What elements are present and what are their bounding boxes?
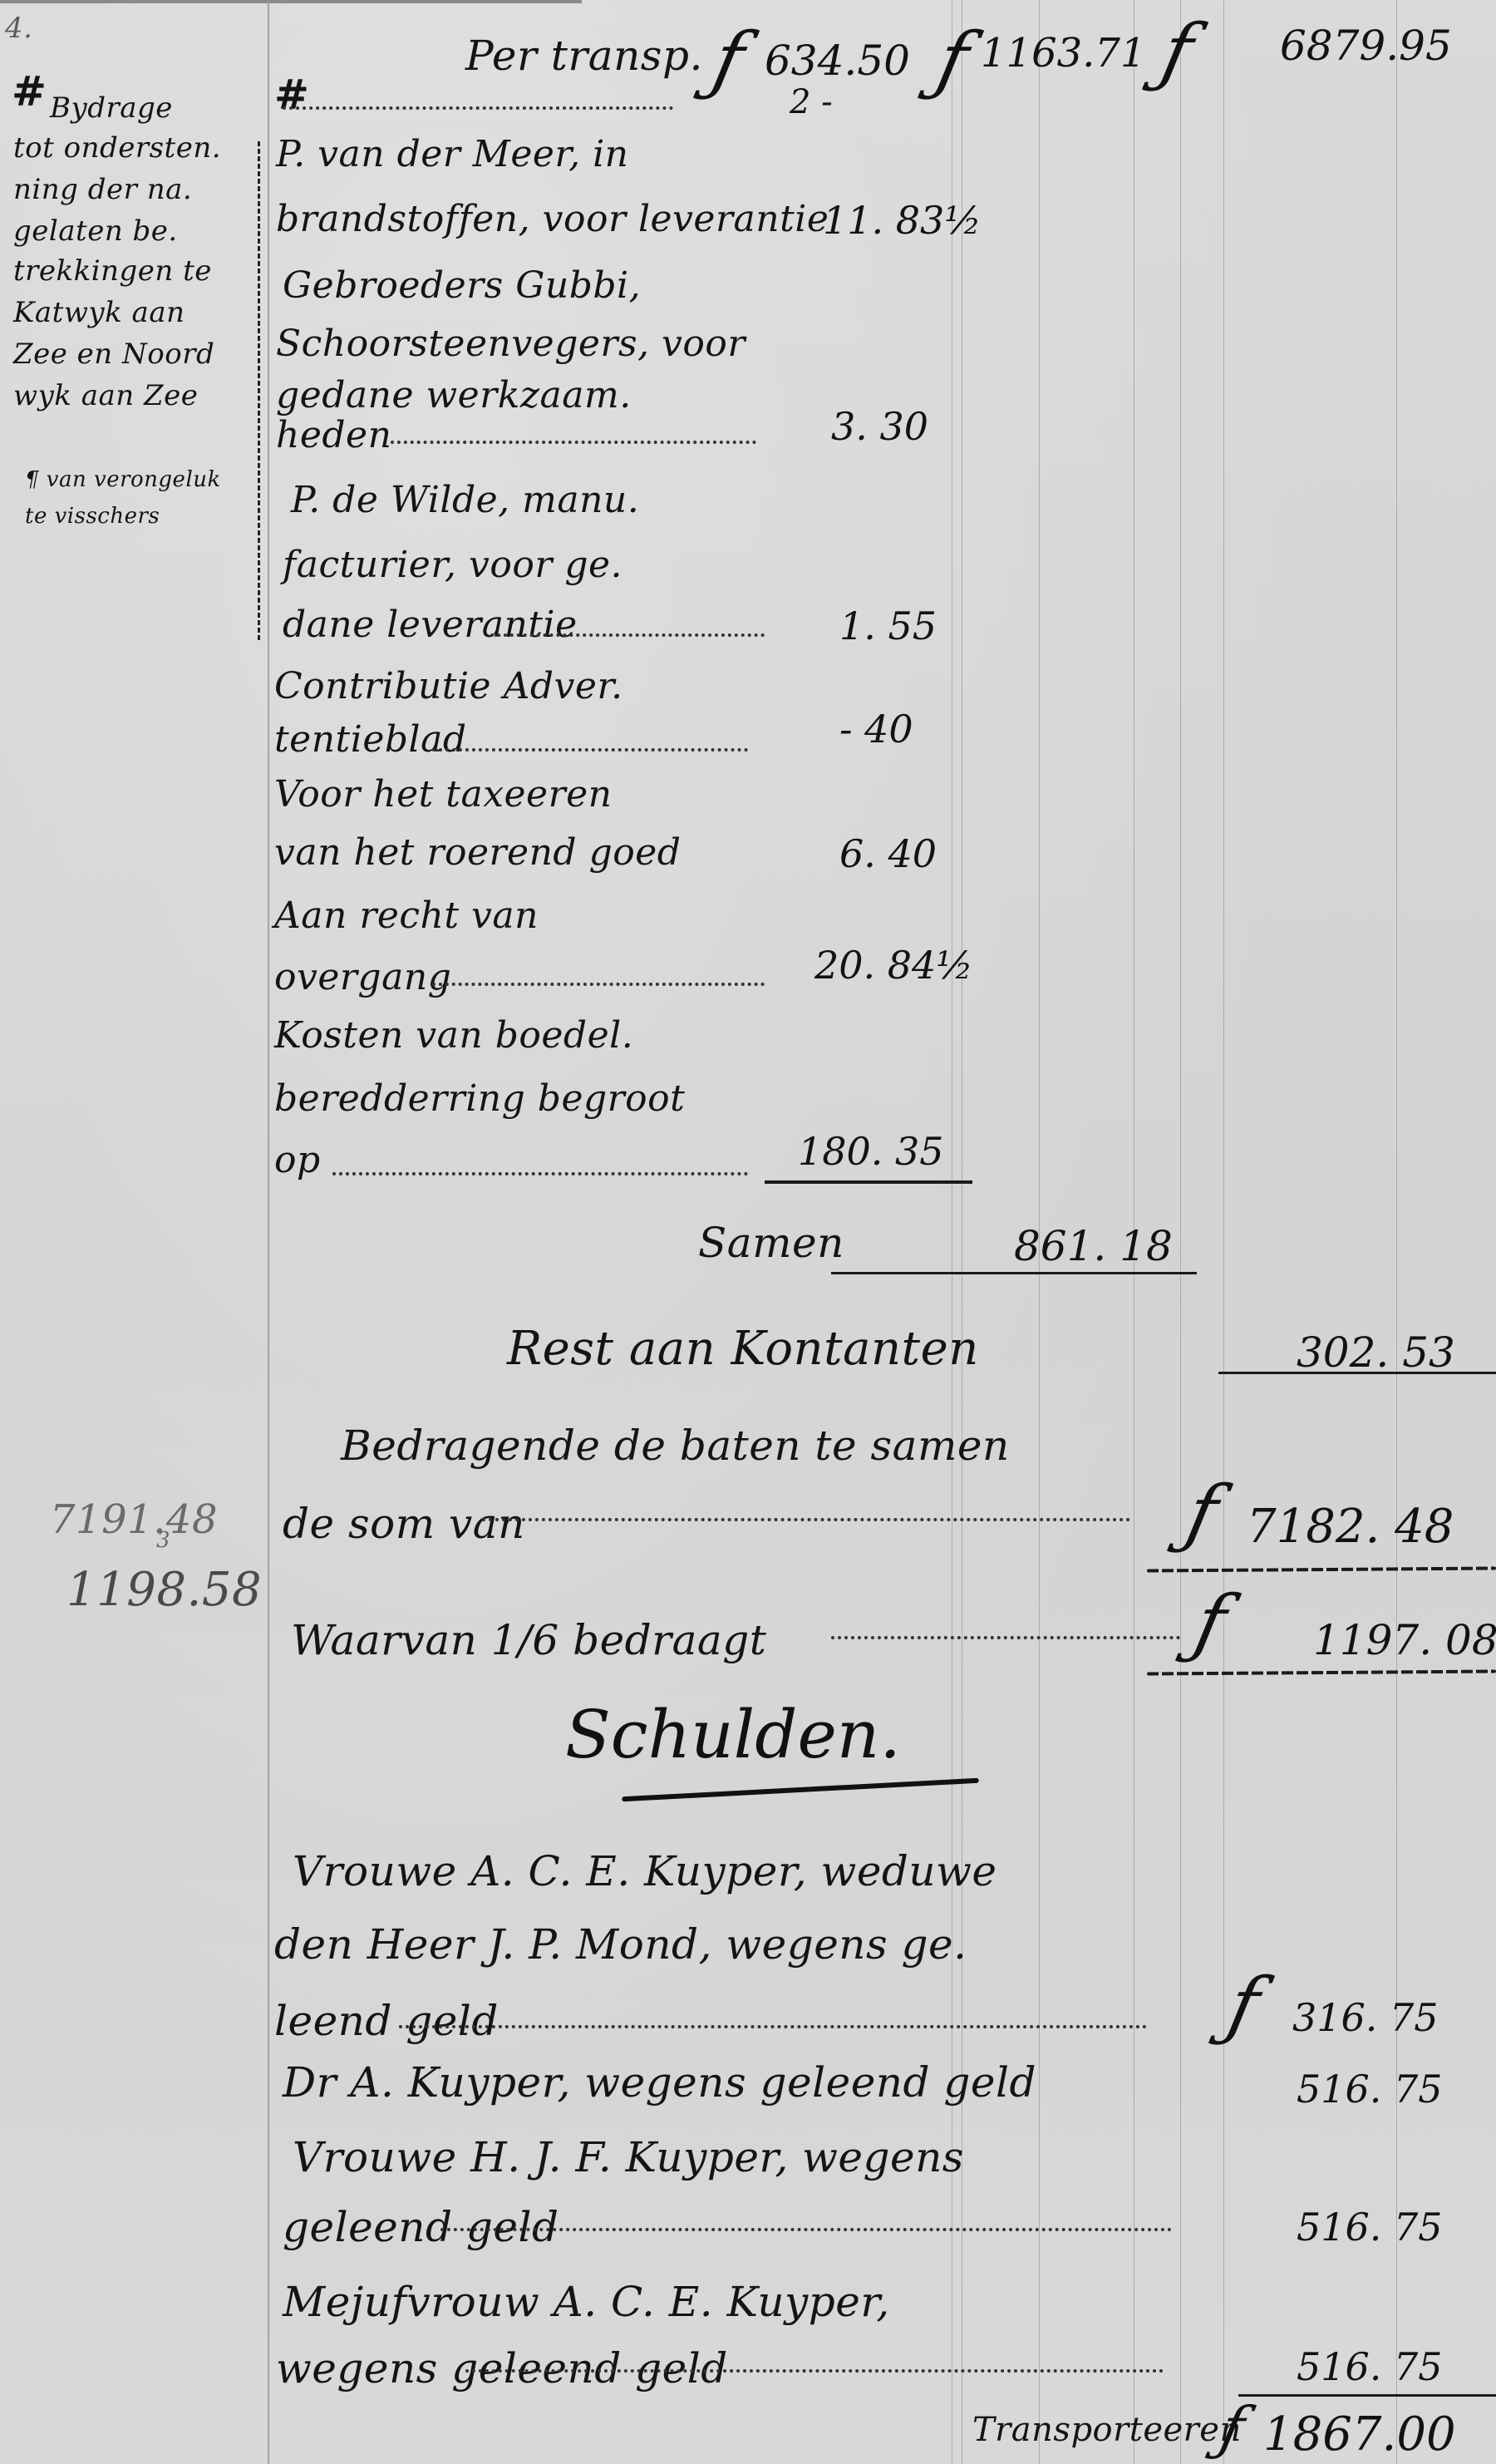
leader-dots: [283, 106, 673, 110]
pencil-calc-line: 7191.48: [50, 1496, 218, 1543]
margin-note-line: gelaten be.: [13, 214, 178, 248]
bedragende-line: de som van: [283, 1500, 525, 1548]
samen-label: Samen: [698, 1219, 844, 1267]
transport-label-bottom: Transporteeren: [972, 2411, 1242, 2449]
expense-line: brandstoffen, voor leverantie: [276, 198, 829, 240]
debt-line: geleend geld: [283, 2203, 559, 2251]
expense-line: facturier, voor ge.: [283, 544, 623, 586]
pencil-calc-super: 3: [156, 1528, 170, 1553]
margin-footnote-line: te visschers: [25, 504, 160, 529]
transport-amount: 634.50: [765, 37, 910, 85]
rest-underline: [1218, 1372, 1496, 1374]
expense-line: P. van der Meer, in: [276, 133, 629, 175]
expense-amount: 3. 30: [831, 404, 928, 449]
debt-amount: 316. 75: [1292, 1995, 1439, 2040]
expense-line: Gebroeders Gubbi,: [283, 264, 641, 307]
samen-amount: 861. 18: [1014, 1222, 1173, 1270]
debt-line: Dr A. Kuyper, wegens geleend geld: [283, 2058, 1036, 2107]
rest-amount: 302. 53: [1297, 1328, 1455, 1377]
leader-dots: [432, 748, 748, 752]
waarvan-underline: [1147, 1670, 1496, 1676]
debt-line: Mejufvrouw A. C. E. Kuyper,: [283, 2278, 890, 2326]
expense-amount: - 40: [839, 707, 913, 752]
expense-line: dane leverantie: [283, 604, 578, 646]
expense-line: Voor het taxeeren: [274, 773, 613, 816]
expense-line: Kosten van boedel.: [274, 1014, 633, 1057]
expense-line: beredderring begroot: [274, 1077, 685, 1120]
transport-amount-bottom: 1867.00: [1263, 2407, 1456, 2462]
margin-rule: [268, 0, 269, 2464]
leader-dots: [490, 633, 765, 637]
expense-line: Schoorsteenvegers, voor: [276, 323, 746, 365]
expense-line: P. de Wilde, manu.: [291, 479, 639, 521]
florin-icon: ƒ: [706, 17, 752, 104]
debt-line: leend geld: [274, 1997, 499, 2045]
expense-line: van het roerend goed: [274, 831, 681, 874]
leader-dots: [391, 441, 756, 444]
expense-line: overgang: [274, 956, 451, 998]
margin-note-line: Bydrage: [50, 91, 173, 125]
debt-line: Vrouwe A. C. E. Kuyper, weduwe: [293, 1847, 997, 1895]
margin-note-line: ning der na.: [13, 173, 192, 206]
schulden-heading: Schulden.: [565, 1696, 901, 1773]
margin-note-line: wyk aan Zee: [13, 379, 198, 412]
debt-line: Vrouwe H. J. F. Kuyper, wegens: [293, 2133, 964, 2181]
bedragende-underline: [1147, 1567, 1496, 1573]
expense-line: op: [274, 1139, 321, 1181]
margin-bracket: [251, 141, 260, 640]
subtotal-underline: [765, 1180, 972, 1184]
transport-amount: 6879.95: [1280, 22, 1452, 70]
transport-label: Per transp.: [465, 32, 703, 80]
column-rule: [1223, 0, 1224, 2464]
expense-amount: 180. 35: [798, 1129, 944, 1174]
schulden-heading-underline: [622, 1778, 979, 1801]
margin-note-line: trekkingen te: [13, 254, 212, 288]
leader-dots: [432, 983, 765, 986]
margin-note-line: tot ondersten.: [13, 131, 221, 165]
column-rule: [1180, 0, 1181, 2464]
leader-dots: [482, 1518, 1130, 1521]
bedragende-line: Bedragende de baten te samen: [341, 1422, 1010, 1470]
leader-dots: [440, 2228, 1172, 2231]
florin-icon: ƒ: [1179, 1470, 1226, 1557]
debt-line: den Heer J. P. Mond, wegens ge.: [274, 1920, 967, 1969]
waarvan-amount: 1197. 08: [1313, 1616, 1496, 1664]
bedragende-amount: 7182. 48: [1247, 1500, 1454, 1554]
expense-amount: 6. 40: [839, 831, 937, 876]
debt-line: wegens geleend geld: [276, 2344, 728, 2393]
leader-dots: [399, 2025, 1147, 2028]
expense-line: gedane werkzaam.: [276, 374, 632, 416]
expense-amount: 1. 55: [839, 604, 937, 648]
florin-icon: ƒ: [930, 17, 977, 104]
samen-underline: [831, 1272, 1197, 1274]
transport-sub-amount: 2 -: [790, 83, 833, 121]
expense-line: Contributie Adver.: [274, 665, 623, 707]
florin-icon: ƒ: [1221, 1962, 1267, 2049]
expense-line: tentieblad: [274, 718, 467, 761]
margin-note-line: Zee en Noord: [13, 338, 214, 371]
leader-dots: [831, 1636, 1180, 1639]
page-number: 4.: [5, 12, 32, 45]
rest-label: Rest aan Kontanten: [507, 1322, 979, 1376]
pencil-calc-line: 1198.58: [66, 1563, 262, 1617]
debt-total-underline: [1238, 2394, 1496, 2397]
debt-amount: 516. 75: [1297, 2067, 1443, 2112]
debt-amount: 516. 75: [1297, 2344, 1443, 2389]
florin-icon: ƒ: [1154, 8, 1201, 96]
margin-note-line: Katwyk aan: [13, 296, 185, 329]
waarvan-label: Waarvan 1/6 bedraagt: [291, 1616, 766, 1664]
florin-icon: ƒ: [1188, 1579, 1234, 1667]
transport-amount: 1163.71: [981, 30, 1146, 76]
expense-line: heden: [276, 414, 391, 456]
margin-footnote-line: ¶ van verongeluk: [25, 467, 221, 492]
expense-line: Aan recht van: [274, 894, 539, 937]
ledger-page: 4. # # Bydrage tot ondersten. ning der n…: [0, 0, 1496, 2464]
expense-amount: 20. 84½: [814, 943, 973, 988]
debt-amount: 516. 75: [1297, 2205, 1443, 2250]
page-top-edge: [0, 0, 582, 3]
leader-dots: [332, 1172, 748, 1175]
leader-dots: [465, 2369, 1164, 2373]
expense-amount: 11. 83½: [823, 198, 982, 243]
margin-mark: #: [274, 70, 309, 119]
margin-mark: #: [12, 67, 47, 116]
